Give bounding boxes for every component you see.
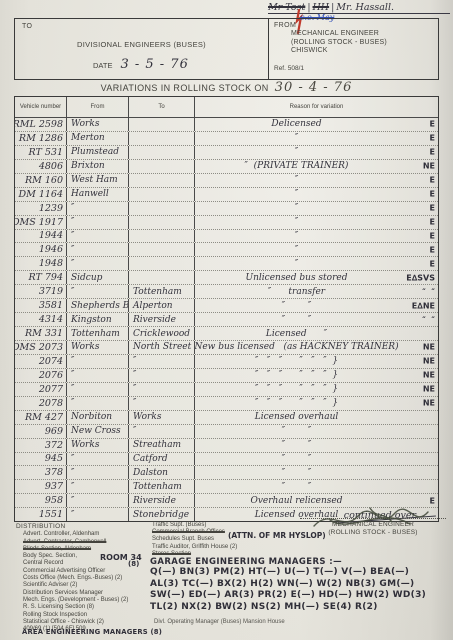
cell-vehicle-number: 2078: [15, 397, 67, 410]
traffic-distribution-item: Traffic Auditor, Griffith House (2): [152, 544, 302, 551]
cell-to: [129, 146, 195, 159]
cell-to: ″: [129, 425, 195, 438]
cell-vehicle-number: DM 1164: [15, 188, 67, 201]
cell-to: [129, 118, 195, 131]
sender-line: MECHANICAL ENGINEER: [291, 30, 387, 39]
cell-vehicle-number: DMS 2073: [15, 341, 67, 354]
cell-to: North Street: [129, 341, 195, 354]
reason-text: ″: [295, 147, 298, 157]
cell-vehicle-number: RM 160: [15, 174, 67, 187]
reason-text: ″ ″: [282, 468, 312, 478]
garage-code-lines: Q(—) BN(3) PM(2) HT(—) U(—) T(—) V(—) BE…: [150, 567, 450, 613]
cell-reason: New bus licensed (as HACKNEY TRAINER)NE: [195, 341, 438, 354]
table-row: RML 2598WorksDelicensedE: [15, 118, 438, 132]
table-row: 945″Catford″ ″: [15, 453, 438, 467]
engineering-code: E: [430, 120, 435, 129]
cell-from: ″: [67, 285, 129, 298]
cell-reason: ″ ″ ″ ″ ″ ″ }NE: [195, 355, 438, 368]
cell-reason: ″E: [195, 146, 438, 159]
cell-vehicle-number: 1948: [15, 257, 67, 270]
reason-text: ″: [295, 175, 298, 185]
table-row: DMS 1917″″E: [15, 216, 438, 230]
table-row: 4314KingstonRiverside″ ″″ ″: [15, 313, 438, 327]
distribution-item: Statistical Office - Chiswick (2): [16, 619, 152, 626]
cell-to: Streatham: [129, 439, 195, 452]
cell-reason: DelicensedE: [195, 118, 438, 131]
cell-vehicle-number: RML 2598: [15, 118, 67, 131]
reason-text: ″: [295, 259, 298, 269]
col-to: To: [129, 97, 195, 117]
cell-to: Riverside: [129, 313, 195, 326]
copies-count-note: (8): [128, 560, 139, 568]
cell-to: ″: [129, 383, 195, 396]
table-row: 937″Tottenham″ ″: [15, 480, 438, 494]
signature-scrawl: [310, 504, 440, 538]
title-date-handwritten: 30 - 4 - 76: [275, 80, 353, 95]
table-row: 3719″Tottenham″ transfer″ ″: [15, 285, 438, 299]
distribution-items: Advert. Controller, AldenhamAdvert. Cont…: [16, 531, 152, 633]
scanned-variations-form: Mr Tost|HH|Mr. Hassall. c.o. May TO DIVI…: [0, 0, 453, 640]
cell-from: Plumstead: [67, 146, 129, 159]
engineering-code: E: [430, 190, 435, 199]
cell-reason: ″E: [195, 230, 438, 243]
cell-vehicle-number: RT 794: [15, 271, 67, 284]
table-row: DM 1164Hanwell″E: [15, 188, 438, 202]
garage-managers-block: GARAGE ENGINEERING MANAGERS :— Q(—) BN(3…: [150, 557, 450, 613]
cell-reason: ″ ″: [195, 480, 438, 493]
engineering-code: E: [430, 245, 435, 254]
reason-text: ″ ″: [282, 301, 312, 311]
cell-to: [129, 230, 195, 243]
cell-reason: ″E: [195, 257, 438, 270]
cell-vehicle-number: 372: [15, 439, 67, 452]
reason-text: ″ ″ ″ ″ ″ ″ }: [255, 384, 338, 394]
cell-from: ″: [67, 202, 129, 215]
reason-text: ″ ″: [282, 454, 312, 464]
cell-vehicle-number: 2076: [15, 369, 67, 382]
cell-reason: ″ ″″ ″: [195, 313, 438, 326]
reason-text: ″ (PRIVATE TRAINER): [245, 161, 349, 171]
cell-reason: ″E: [195, 188, 438, 201]
reason-text: ″: [295, 189, 298, 199]
cell-reason: ″ ″ ″ ″ ″ ″ }NE: [195, 397, 438, 410]
title-text: VARIATIONS IN ROLLING STOCK ON: [101, 83, 269, 93]
engineering-code: ″ ″: [422, 315, 435, 324]
cell-reason: ″ ″ ″ ″ ″ ″ }NE: [195, 383, 438, 396]
cell-reason: ″E: [195, 132, 438, 145]
engineering-code: NE: [423, 357, 435, 366]
table-row: 1944″″E: [15, 230, 438, 244]
distribution-title: DISTRIBUTION: [16, 523, 152, 530]
cell-vehicle-number: 4806: [15, 160, 67, 173]
area-engineering-managers-note: AREA ENGINEERING MANAGERS (8): [22, 628, 162, 636]
engineering-code: NE: [423, 385, 435, 394]
cell-vehicle-number: RM 1286: [15, 132, 67, 145]
engineering-code: ″ ″: [422, 287, 435, 296]
cell-vehicle-number: 3581: [15, 299, 67, 312]
cell-from: ″: [67, 243, 129, 256]
cell-to: Works: [129, 411, 195, 424]
engineering-code: E: [430, 218, 435, 227]
reason-text: ″ ″: [282, 482, 312, 492]
table-row: 2076″″″ ″ ″ ″ ″ ″ }NE: [15, 369, 438, 383]
table-header-row: Vehicle number From To Reason for variat…: [15, 97, 438, 118]
cell-vehicle-number: 4314: [15, 313, 67, 326]
cell-vehicle-number: 378: [15, 466, 67, 479]
cell-to: ″: [129, 397, 195, 410]
cell-vehicle-number: DMS 1917: [15, 216, 67, 229]
cell-to: ″: [129, 355, 195, 368]
table-row: 1948″″E: [15, 257, 438, 271]
cell-vehicle-number: 969: [15, 425, 67, 438]
recipient-name: HH: [313, 2, 330, 13]
cell-from: ″: [67, 355, 129, 368]
engineering-code: E: [430, 148, 435, 157]
sender-line: (ROLLING STOCK - BUSES): [291, 39, 387, 48]
col-reason: Reason for variation: [195, 97, 438, 117]
cell-from: Works: [67, 118, 129, 131]
table-row: 2078″″″ ″ ″ ″ ″ ″ }NE: [15, 397, 438, 411]
cell-to: [129, 243, 195, 256]
reason-text: Licensed ″: [266, 329, 327, 339]
table-row: 2074″″″ ″ ″ ″ ″ ″ }NE: [15, 355, 438, 369]
cell-vehicle-number: 2074: [15, 355, 67, 368]
cell-from: Norbiton: [67, 411, 129, 424]
engineering-code: NE: [423, 162, 435, 171]
reason-text: ″: [295, 231, 298, 241]
cell-from: Shepherds Bush: [67, 299, 129, 312]
table-row: 3581Shepherds BushAlperton″ ″E∆NE: [15, 299, 438, 313]
cell-vehicle-number: 1239: [15, 202, 67, 215]
cell-from: New Cross: [67, 425, 129, 438]
cell-to: Stonebridge: [129, 508, 195, 521]
table-row: 1239″″E: [15, 202, 438, 216]
table-row: RT 794SidcupUnlicensed bus storedE∆SVS: [15, 271, 438, 285]
cell-reason: ″ ″: [195, 466, 438, 479]
cell-vehicle-number: 945: [15, 453, 67, 466]
table-row: 372WorksStreatham″ ″: [15, 439, 438, 453]
reason-text: ″: [295, 217, 298, 227]
addressee: DIVISIONAL ENGINEERS (BUSES): [15, 40, 268, 49]
distribution-list: DISTRIBUTION Advert. Controller, Aldenha…: [16, 523, 152, 633]
cell-to: [129, 160, 195, 173]
garage-code-line: TL(2) NX(2) BW(2) NS(2) MH(—) SE(4) R(2): [150, 602, 450, 614]
cell-from: Sidcup: [67, 271, 129, 284]
col-vehicle-number: Vehicle number: [15, 97, 67, 117]
reason-text: ″ ″ ″ ″ ″ ″ }: [255, 370, 338, 380]
from-label: FROM: [274, 22, 296, 29]
cell-reason: ″E: [195, 202, 438, 215]
engineering-code: E: [430, 176, 435, 185]
cell-reason: ″E: [195, 243, 438, 256]
cell-reason: ″E: [195, 174, 438, 187]
cell-vehicle-number: 3719: [15, 285, 67, 298]
reason-text: Unlicensed bus stored: [246, 273, 348, 283]
cell-to: Cricklewood: [129, 327, 195, 340]
reason-text: ″ ″ ″ ″ ″ ″ }: [255, 398, 338, 408]
table-row: RM 331TottenhamCricklewoodLicensed ″: [15, 327, 438, 341]
table-row: RT 531Plumstead″E: [15, 146, 438, 160]
cell-from: ″: [67, 453, 129, 466]
signature-block: MECHANICAL ENGINEER (ROLLING STOCK - BUS…: [300, 518, 446, 537]
distribution-item: Commercial Advertising Officer: [16, 568, 152, 575]
garage-managers-heading: GARAGE ENGINEERING MANAGERS :—: [150, 557, 450, 567]
cell-to: Riverside: [129, 494, 195, 507]
distribution-item: Distribution Services Manager: [16, 590, 152, 597]
cell-reason: ″ ″E∆NE: [195, 299, 438, 312]
cell-from: ″: [67, 466, 129, 479]
cell-from: ″: [67, 383, 129, 396]
table-row: 1946″″E: [15, 243, 438, 257]
cell-to: ″: [129, 369, 195, 382]
date-value-handwritten: 3 - 5 - 76: [120, 57, 188, 72]
table-body: RML 2598WorksDelicensedERM 1286Merton″ER…: [15, 118, 438, 521]
table-row: 969New Cross″″ ″: [15, 425, 438, 439]
table-row: RM 160West Ham″E: [15, 174, 438, 188]
cell-to: [129, 188, 195, 201]
reason-text: ″: [295, 203, 298, 213]
to-section: TO DIVISIONAL ENGINEERS (BUSES) DATE3 - …: [15, 19, 269, 79]
cell-from: ″: [67, 480, 129, 493]
cell-from: ″: [67, 397, 129, 410]
cell-vehicle-number: 1551: [15, 508, 67, 521]
garage-code-line: AL(3) TC(—) BX(2) H(2) WN(—) W(2) NB(3) …: [150, 579, 450, 591]
cell-from: ″: [67, 230, 129, 243]
reason-text: New bus licensed (as HACKNEY TRAINER): [195, 342, 399, 352]
table-row: 2077″″″ ″ ″ ″ ″ ″ }NE: [15, 383, 438, 397]
cell-from: ″: [67, 216, 129, 229]
cell-to: [129, 174, 195, 187]
cell-vehicle-number: RM 427: [15, 411, 67, 424]
cell-reason: ″ ″ ″ ″ ″ ″ }NE: [195, 369, 438, 382]
cell-from: Kingston: [67, 313, 129, 326]
traffic-distribution-item: Traffic Supt. (Buses): [152, 522, 302, 529]
table-row: RM 427NorbitonWorksLicensed overhaul: [15, 411, 438, 425]
cell-to: [129, 257, 195, 270]
from-section: FROM MECHANICAL ENGINEER(ROLLING STOCK -…: [269, 19, 438, 79]
cell-reason: ″ ″: [195, 425, 438, 438]
table-row: 4806Brixton″ (PRIVATE TRAINER)NE: [15, 160, 438, 174]
garage-code-line: SW(—) ED(—) AR(3) PR(2) E(—) HD(—) HW(2)…: [150, 590, 450, 602]
cell-to: [129, 271, 195, 284]
reason-text: ″: [295, 133, 298, 143]
cell-to: Tottenham: [129, 285, 195, 298]
distribution-item: Rolling Stock Inspection: [16, 612, 152, 619]
table-row: DMS 2073WorksNorth StreetNew bus license…: [15, 341, 438, 355]
cell-vehicle-number: 958: [15, 494, 67, 507]
distribution-item: Costs Office (Mech. Engs.-Buses) (2): [16, 575, 152, 582]
cell-from: Hanwell: [67, 188, 129, 201]
engineering-code: NE: [423, 343, 435, 352]
recipient-name: Mr. Hassall.: [336, 2, 394, 13]
traffic-distribution-list: Traffic Supt. (Buses)Commercial Branch O…: [152, 522, 302, 558]
cell-to: [129, 132, 195, 145]
cell-vehicle-number: RT 531: [15, 146, 67, 159]
cell-vehicle-number: 937: [15, 480, 67, 493]
cell-to: Alperton: [129, 299, 195, 312]
reason-text: ″ transfer: [268, 287, 325, 297]
form-title: VARIATIONS IN ROLLING STOCK ON30 - 4 - 7…: [0, 80, 453, 95]
cell-from: ″: [67, 257, 129, 270]
cell-from: ″: [67, 369, 129, 382]
cell-reason: Licensed ″: [195, 327, 438, 340]
engineering-code: NE: [423, 371, 435, 380]
engineering-code: E: [430, 204, 435, 213]
reason-text: ″ ″ ″ ″ ″ ″ }: [255, 356, 338, 366]
reason-text: Delicensed: [271, 119, 321, 129]
cell-from: West Ham: [67, 174, 129, 187]
form-header-box: TO DIVISIONAL ENGINEERS (BUSES) DATE3 - …: [14, 18, 439, 80]
cell-to: Catford: [129, 453, 195, 466]
cell-reason: ″E: [195, 216, 438, 229]
reason-text: ″: [295, 245, 298, 255]
cell-reason: ″ (PRIVATE TRAINER)NE: [195, 160, 438, 173]
cell-reason: Licensed overhaul: [195, 411, 438, 424]
engineering-code: E: [430, 259, 435, 268]
sender-line: CHISWICK: [291, 47, 387, 56]
date-label: DATE: [93, 61, 112, 70]
operating-manager-line: Divl. Operating Manager (Buses) Mansion …: [154, 619, 285, 625]
cell-to: [129, 202, 195, 215]
engineering-code: NE: [423, 399, 435, 408]
cell-from: Tottenham: [67, 327, 129, 340]
variations-table: Vehicle number From To Reason for variat…: [14, 96, 439, 522]
reference-number: Ref. 508/1: [274, 65, 304, 72]
engineering-code: E∆NE: [412, 301, 435, 310]
reason-text: Licensed overhaul: [255, 412, 339, 422]
engineering-code: E: [430, 134, 435, 143]
distribution-item: Advert. Controller, Aldenham: [16, 531, 152, 538]
table-row: RM 1286Merton″E: [15, 132, 438, 146]
col-from: From: [67, 97, 129, 117]
cell-to: Dalston: [129, 466, 195, 479]
cell-from: ″: [67, 508, 129, 521]
cell-reason: ″ ″: [195, 453, 438, 466]
cell-reason: ″ transfer″ ″: [195, 285, 438, 298]
engineering-code: E∆SVS: [406, 273, 435, 282]
reason-text: ″ ″: [282, 315, 312, 325]
cell-to: Tottenham: [129, 480, 195, 493]
cell-from: Merton: [67, 132, 129, 145]
to-label: TO: [22, 23, 32, 30]
sender-address: MECHANICAL ENGINEER(ROLLING STOCK - BUSE…: [291, 30, 387, 56]
distribution-item: Advert. Contractor, Camberwell: [16, 539, 152, 546]
cell-vehicle-number: 2077: [15, 383, 67, 396]
reason-text: ″ ″: [282, 440, 312, 450]
cell-from: Works: [67, 341, 129, 354]
engineering-code: E: [430, 231, 435, 240]
table-row: 378″Dalston″ ″: [15, 466, 438, 480]
cell-vehicle-number: RM 331: [15, 327, 67, 340]
cell-from: Brixton: [67, 160, 129, 173]
cell-from: Works: [67, 439, 129, 452]
cell-to: [129, 216, 195, 229]
date-line: DATE3 - 5 - 76: [93, 57, 189, 72]
distribution-item: Scientific Adviser (2): [16, 582, 152, 589]
reason-text: ″ ″: [282, 426, 312, 436]
cell-reason: ″ ″: [195, 439, 438, 452]
cell-vehicle-number: 1946: [15, 243, 67, 256]
cell-from: ″: [67, 494, 129, 507]
cell-vehicle-number: 1944: [15, 230, 67, 243]
distribution-item: R. S. Licensing Section (8): [16, 604, 152, 611]
cell-reason: Unlicensed bus storedE∆SVS: [195, 271, 438, 284]
garage-code-line: Q(—) BN(3) PM(2) HT(—) U(—) T(—) V(—) BE…: [150, 567, 450, 579]
distribution-item: Mech. Engs. (Development - Buses) (2): [16, 597, 152, 604]
